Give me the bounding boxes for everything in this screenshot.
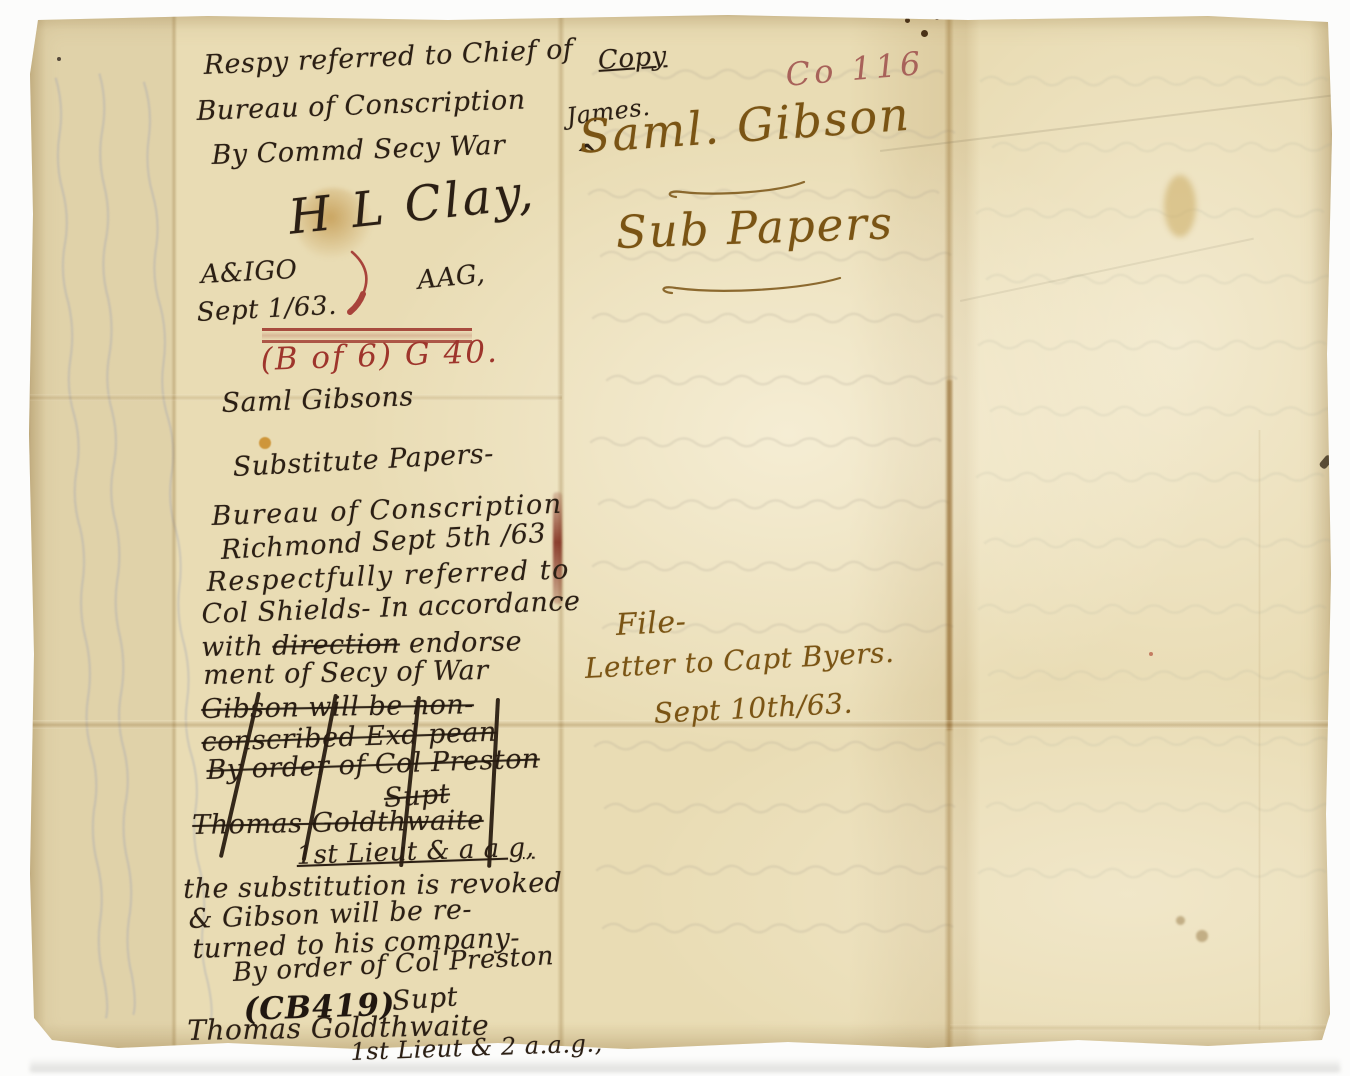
- brown-dot-stain: [1196, 930, 1208, 942]
- tan-stain-patch: [1164, 175, 1196, 237]
- copy-label: Copy: [597, 41, 668, 76]
- file-note-label: File-: [615, 604, 687, 643]
- dark-speck: [921, 30, 928, 37]
- orange-dot-stain: [259, 437, 271, 449]
- red-dot-speck: [1149, 652, 1153, 656]
- bleedthrough-text-left-strip: [36, 60, 176, 1035]
- bleedthrough-text-right-panel: [962, 60, 1324, 944]
- fold-crease-vertical-faint: [1258, 430, 1261, 1030]
- dark-speck: [905, 18, 910, 23]
- scan-edge-shadow: [30, 1058, 1340, 1072]
- docket-subject-title: Sub Papers: [615, 196, 895, 259]
- body-line-6: ment of Secy of War: [203, 655, 489, 691]
- scanned-document-page: Respy referred to Chief of Bureau of Con…: [0, 0, 1350, 1076]
- dark-speck: [935, 16, 939, 20]
- flourish-underline: [650, 272, 845, 296]
- red-check-mark: [338, 248, 390, 320]
- brown-dot-stain: [1176, 916, 1185, 925]
- flourish-underline: [658, 176, 808, 200]
- fold-crease-stain: [947, 380, 952, 730]
- dark-speck: [57, 57, 61, 61]
- endorsement-office: A&IGO: [200, 255, 298, 290]
- fold-crease-horizontal-bottom: [950, 1024, 1330, 1031]
- fold-crease-vertical-left: [171, 14, 177, 1053]
